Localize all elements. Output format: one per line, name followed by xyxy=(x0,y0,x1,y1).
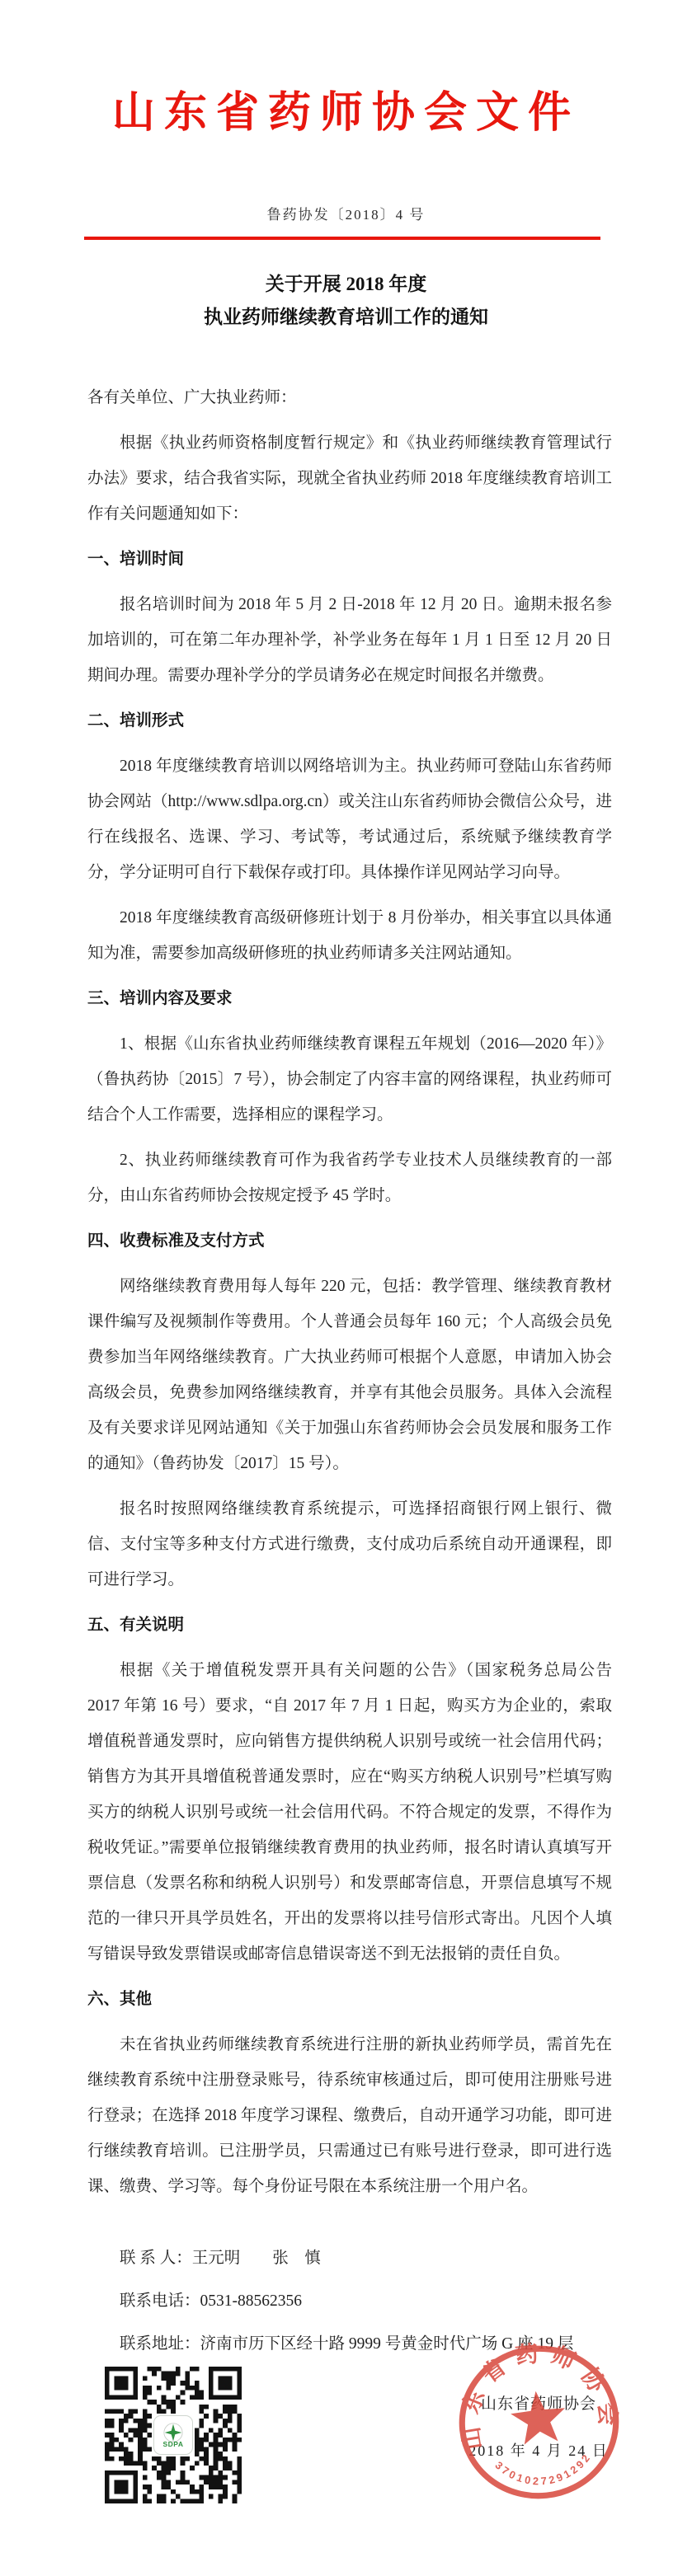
doc-number: 鲁药协发〔2018〕4 号 xyxy=(0,203,692,223)
section-paragraph: 网络继续教育费用每人每年 220 元，包括：教学管理、继续教育教材课件编写及视频… xyxy=(87,1269,612,1481)
section-heading-5: 五、有关说明 xyxy=(87,1607,612,1643)
section-heading-2: 二、培训形式 xyxy=(87,703,612,739)
section-paragraph: 1、根据《山东省执业药师继续教育课程五年规划（2016—2020 年）》（鲁执药… xyxy=(87,1026,612,1133)
seal-arc-text: 山东省药师协会 xyxy=(454,2338,623,2452)
section-heading-1: 一、培训时间 xyxy=(87,542,612,577)
section-heading-3: 三、培训内容及要求 xyxy=(87,981,612,1016)
intro-paragraph: 根据《执业药师资格制度暂行规定》和《执业药师继续教育管理试行办法》要求，结合我省… xyxy=(87,425,612,532)
contact-person: 联 系 人：王元明 张 慎 xyxy=(87,2241,612,2276)
document-page: 山东省药师协会文件 鲁药协发〔2018〕4 号 关于开展 2018 年度 执业药… xyxy=(0,0,692,2576)
title-line-2: 执业药师继续教育培训工作的通知 xyxy=(0,301,692,334)
org-header-title: 山东省药师协会文件 xyxy=(0,89,692,138)
section-paragraph: 2018 年度继续教育培训以网络培训为主。执业药师可登陆山东省药师协会网站（ht… xyxy=(87,748,612,890)
official-seal: 山东省药师协会 3701027291292 xyxy=(454,2338,624,2507)
section-paragraph: 2、执业药师继续教育可作为我省药学专业技术人员继续教育的一部分，由山东省药师协会… xyxy=(87,1143,612,1213)
section-paragraph: 未在省执业药师继续教育系统进行注册的新执业药师学员，需首先在继续教育系统中注册登… xyxy=(87,2027,612,2204)
document-title: 关于开展 2018 年度 执业药师继续教育培训工作的通知 xyxy=(0,268,692,334)
red-divider-rule xyxy=(84,237,600,240)
qr-code: SDPA xyxy=(105,2367,242,2503)
qr-center-logo: SDPA xyxy=(153,2415,193,2455)
section-paragraph: 根据《关于增值税发票开具有关问题的公告》（国家税务总局公告 2017 年第 16… xyxy=(87,1653,612,1972)
section-paragraph: 报名时按照网络继续教育系统提示，可选择招商银行网上银行、微信、支付宝等多种支付方… xyxy=(87,1491,612,1598)
title-line-1: 关于开展 2018 年度 xyxy=(0,268,692,301)
salutation: 各有关单位、广大执业药师： xyxy=(87,380,612,415)
document-body: 各有关单位、广大执业药师： 根据《执业药师资格制度暂行规定》和《执业药师继续教育… xyxy=(0,380,692,2362)
seal-star xyxy=(509,2388,568,2446)
section-heading-4: 四、收费标准及支付方式 xyxy=(87,1223,612,1259)
section-paragraph: 报名培训时间为 2018 年 5 月 2 日-2018 年 12 月 20 日。… xyxy=(87,587,612,693)
section-heading-6: 六、其他 xyxy=(87,1982,612,2017)
qr-logo-label: SDPA xyxy=(163,2440,184,2448)
svg-text:山东省药师协会: 山东省药师协会 xyxy=(454,2338,623,2452)
section-paragraph: 2018 年度继续教育高级研修班计划于 8 月份举办，相关事宜以具体通知为准，需… xyxy=(87,900,612,971)
contact-phone: 联系电话：0531-88562356 xyxy=(87,2283,612,2319)
